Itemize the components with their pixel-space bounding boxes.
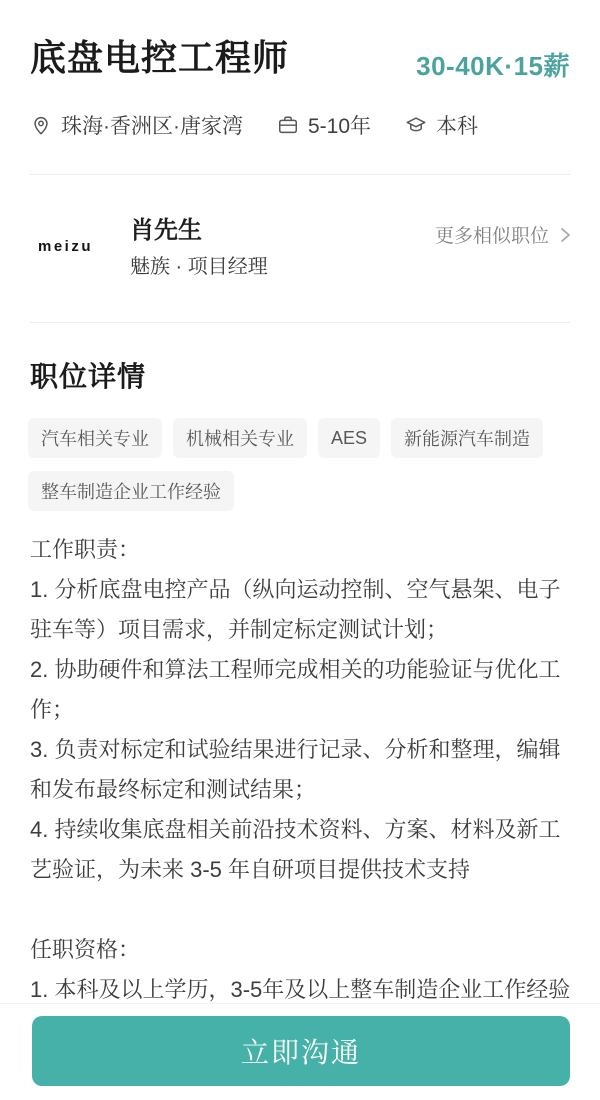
more-similar-jobs-link[interactable]: 更多相似职位 [435,221,572,248]
chevron-right-icon [559,225,572,245]
description-line: 3. 负责对标定和试验结果进行记录、分析和整理，编辑和发布最终标定和测试结果； [30,730,571,810]
tag: 整车制造企业工作经验 [28,471,234,511]
tag: 新能源汽车制造 [391,418,543,458]
chat-now-label: 立即沟通 [241,1031,361,1071]
tag: 机械相关专业 [173,418,307,458]
tag: 汽车相关专业 [28,418,162,458]
footer-bar: 立即沟通 [0,1003,600,1100]
job-experience: 5-10年 [277,110,371,140]
section-title: 职位详情 [30,355,146,395]
job-location-label: 珠海·香洲区·唐家湾 [61,110,243,140]
job-location: 珠海·香洲区·唐家湾 [30,110,243,140]
company-logo: meizu [38,238,93,255]
recruiter-company-role: 魅族 · 项目经理 [130,250,268,279]
graduation-cap-icon [405,114,427,136]
job-title: 底盘电控工程师 [30,30,289,81]
job-detail-page: 底盘电控工程师 30-40K·15薪 珠海·香洲区·唐家湾 5-10年 [0,0,600,1100]
tag-list: 汽车相关专业机械相关专业AES新能源汽车制造整车制造企业工作经验 [28,418,576,511]
job-education: 本科 [405,110,478,140]
section-divider [30,322,570,323]
location-pin-icon [30,114,52,136]
briefcase-icon [277,114,299,136]
job-education-label: 本科 [436,110,478,140]
tag: AES [318,418,380,458]
description-line: 工作职责： [30,530,571,570]
header-divider [30,174,570,175]
description-line [30,890,571,930]
chat-now-button[interactable]: 立即沟通 [32,1016,570,1086]
description-line: 4. 持续收集底盘相关前沿技术资料、方案、材料及新工艺验证，为未来 3-5 年自… [30,810,571,890]
job-experience-label: 5-10年 [308,110,371,140]
job-meta-row: 珠海·香洲区·唐家湾 5-10年 本科 [30,110,478,140]
job-description: 工作职责：1. 分析底盘电控产品（纵向运动控制、空气悬架、电子驻车等）项目需求，… [30,530,571,1010]
description-line: 2. 协助硬件和算法工程师完成相关的功能验证与优化工作； [30,650,571,730]
recruiter-name: 肖先生 [130,210,202,245]
description-line: 任职资格： [30,930,571,970]
description-line: 1. 分析底盘电控产品（纵向运动控制、空气悬架、电子驻车等）项目需求，并制定标定… [30,570,571,650]
more-similar-jobs-label: 更多相似职位 [435,221,549,248]
salary-text: 30-40K·15薪 [416,46,570,83]
